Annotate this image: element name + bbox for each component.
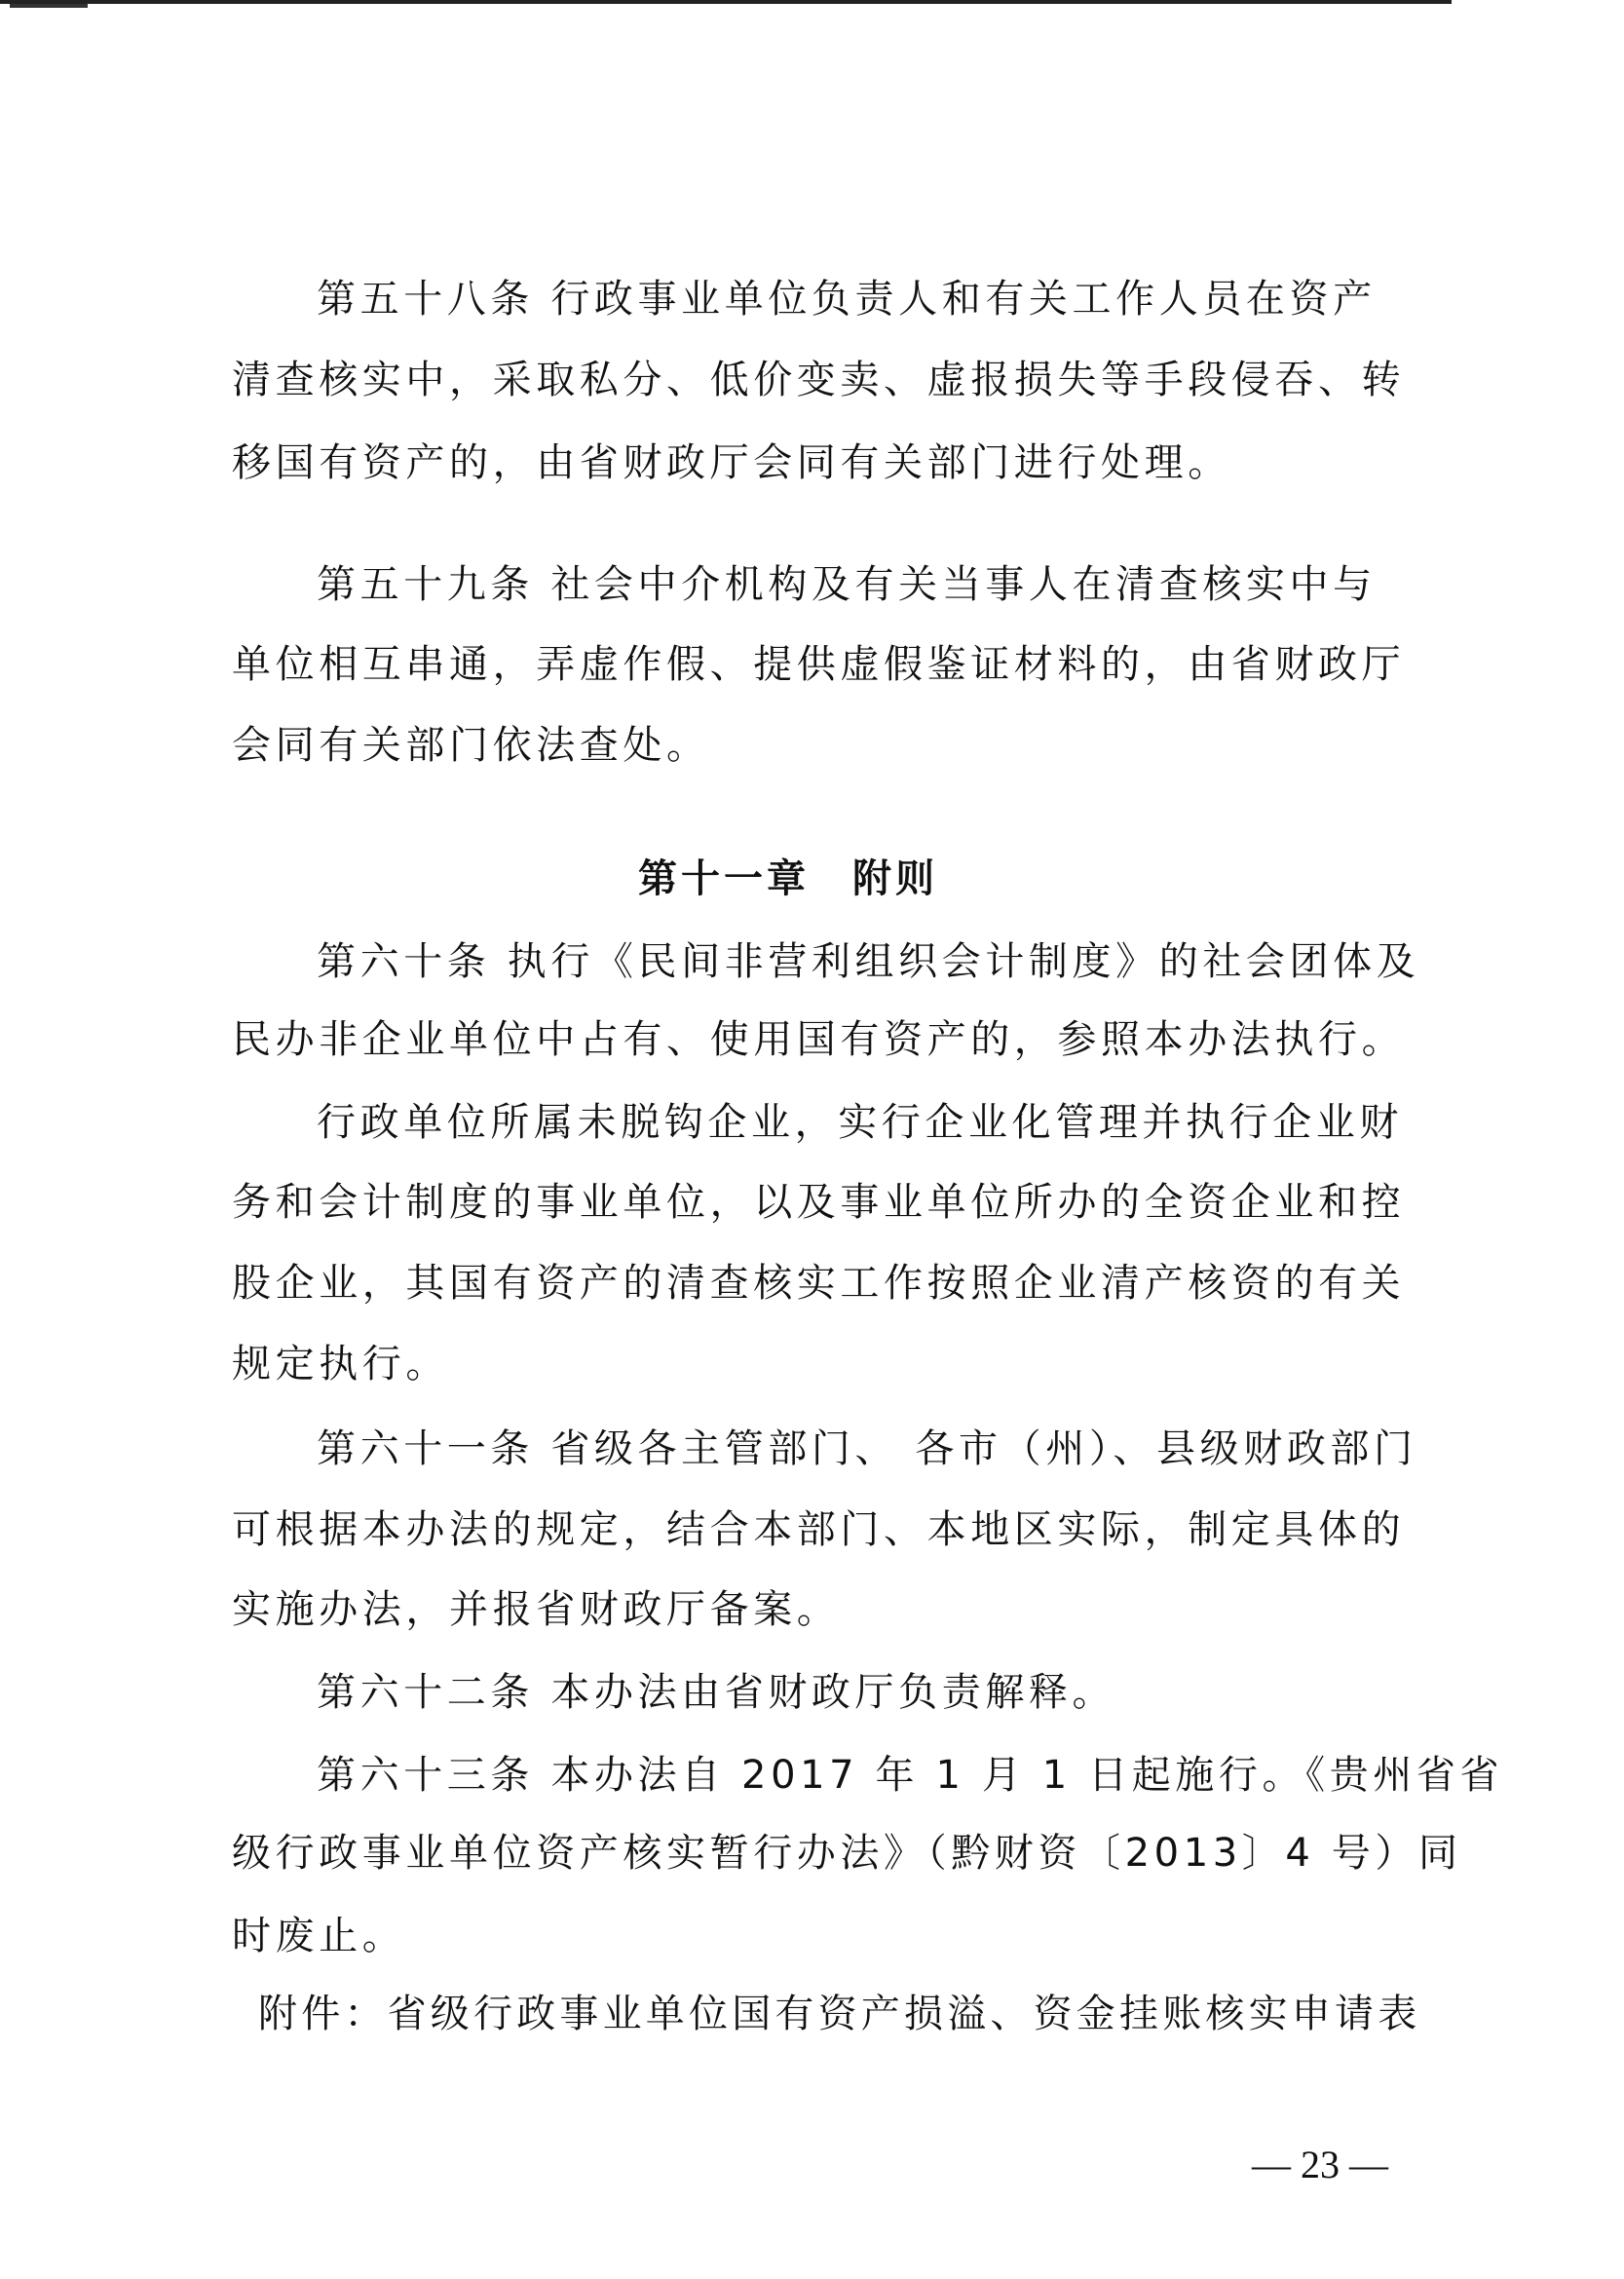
- article-59-line-2: 单位相互串通，弄虚作假、提供虚假鉴证材料的，由省财政厅: [232, 640, 1405, 689]
- chapter-heading: 第十一章 附则: [638, 855, 938, 903]
- article-62-line-1: 第六十二条 本办法由省财政厅负责解释。: [317, 1668, 1115, 1717]
- article-58-line-2: 清查核实中，采取私分、低价变卖、虚报损失等手段侵吞、转: [232, 356, 1405, 404]
- page-number: — 23 —: [1252, 2141, 1388, 2189]
- article-59-line-3: 会同有关部门依法查处。: [232, 721, 710, 770]
- article-60-line-2: 民办非企业单位中占有、使用国有资产的，参照本办法执行。: [232, 1015, 1405, 1064]
- scan-border-artifact: [0, 0, 1452, 4]
- article-59-line-1: 第五十九条 社会中介机构及有关当事人在清查核实中与: [317, 560, 1377, 609]
- attachment-note: 附件：省级行政事业单位国有资产损溢、资金挂账核实申请表: [258, 1990, 1420, 2038]
- article-63-line-1: 第六十三条 本办法自 2017 年 1 月 1 日起施行。《贵州省省: [317, 1751, 1503, 1800]
- article-58-line-1: 第五十八条 行政事业单位负责人和有关工作人员在资产: [317, 275, 1377, 323]
- article-61-line-3: 实施办法，并报省财政厅备案。: [232, 1585, 840, 1634]
- article-61-line-1: 第六十一条 省级各主管部门、 各市（州）、县级财政部门: [317, 1424, 1417, 1473]
- scan-border-artifact: [10, 4, 88, 8]
- article-60-para2-line-3: 股企业，其国有资产的清查核实工作按照企业清产核资的有关: [232, 1259, 1405, 1308]
- article-63-line-2: 级行政事业单位资产核实暂行办法》（黔财资〔2013〕4 号）同: [232, 1829, 1462, 1878]
- article-58-line-3: 移国有资产的，由省财政厅会同有关部门进行处理。: [232, 438, 1231, 487]
- article-61-line-2: 可根据本办法的规定，结合本部门、本地区实际，制定具体的: [232, 1505, 1405, 1554]
- article-60-line-1: 第六十条 执行《民间非营利组织会计制度》的社会团体及: [317, 937, 1419, 986]
- article-60-para2-line-1: 行政单位所属未脱钩企业，实行企业化管理并执行企业财: [317, 1098, 1403, 1147]
- article-60-para2-line-2: 务和会计制度的事业单位，以及事业单位所办的全资企业和控: [232, 1178, 1405, 1227]
- article-60-para2-line-4: 规定执行。: [232, 1340, 449, 1388]
- article-63-line-3: 时废止。: [232, 1912, 405, 1960]
